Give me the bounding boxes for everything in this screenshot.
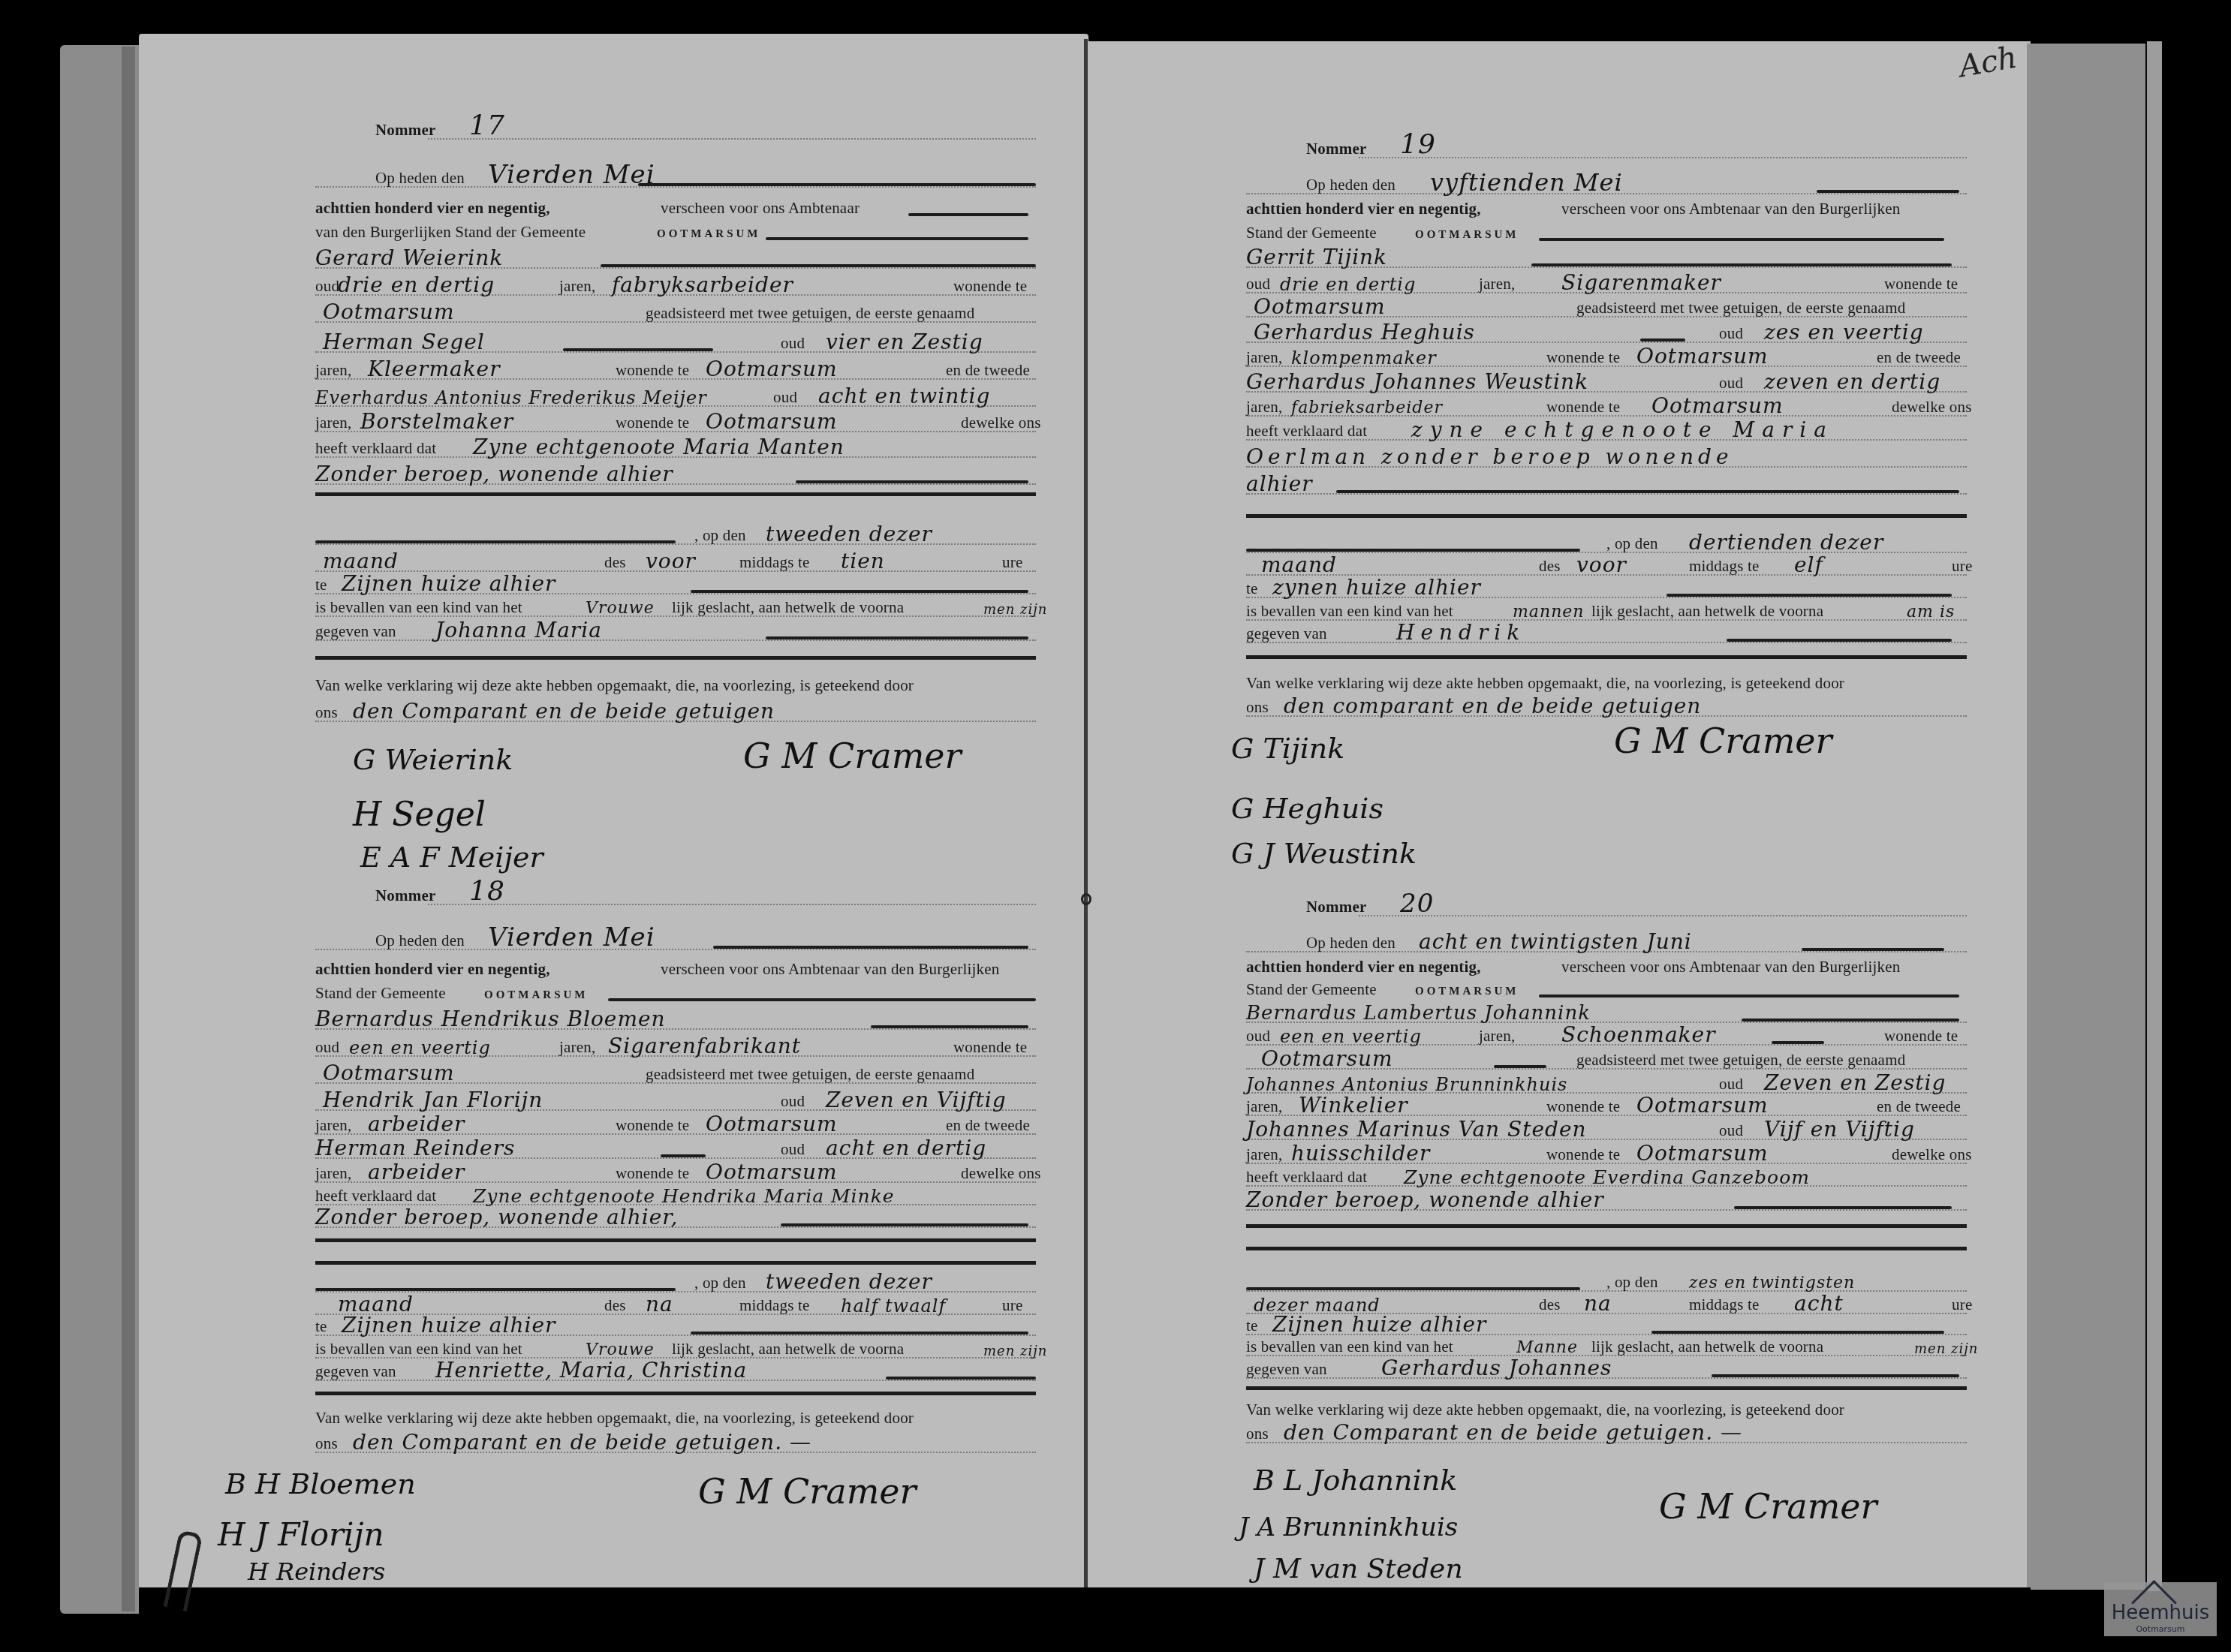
witness2-residence: Ootmarsum: [706, 411, 838, 432]
witness1-name: Johannes Antonius Brunninkhuis: [1246, 1076, 1567, 1094]
ure-label: ure: [1002, 555, 1022, 570]
record-17: Nommer 17 Op heden den Vierden Mei achtt…: [315, 120, 1036, 796]
statement-line-2: Zonder beroep, wonende alhier: [1246, 1190, 1604, 1211]
binding-thread-knot: [1081, 893, 1091, 905]
municipality: OOTMARSUM: [484, 990, 589, 1001]
birth-hour: acht: [1794, 1293, 1844, 1314]
signed-by: den Comparant en de beide getuigen. —: [1284, 1422, 1742, 1443]
child-sex: Vrouwe: [586, 600, 655, 617]
heeft-verklaard-label: heeft verklaard dat: [1246, 1169, 1367, 1185]
ons-label: ons: [1246, 700, 1269, 715]
nummer-label: Nommer: [1306, 141, 1367, 157]
wonende-label: wonende te: [953, 278, 1027, 294]
dewelke-label: dewelke ons: [1892, 399, 1972, 415]
declarant-age: een en veertig: [1280, 1028, 1422, 1046]
op-heden-label: Op heden den: [1306, 935, 1396, 951]
child-name: Hendrik: [1396, 622, 1525, 643]
record-date: Vierden Mei: [488, 925, 655, 950]
birth-day: dertienden dezer: [1689, 532, 1883, 553]
declarant-occupation: Sigarenmaker: [1561, 272, 1721, 293]
watermark-sub: Ootmarsum: [2104, 1624, 2217, 1634]
signature-witness2: G J Weustink: [1231, 837, 1417, 870]
jaren-label: jaren,: [315, 1118, 351, 1133]
oud-label: oud: [1246, 276, 1270, 292]
birth-hour: tien: [841, 551, 885, 572]
wonende-label: wonende te: [953, 1040, 1027, 1055]
heeft-verklaard-label: heeft verklaard dat: [1246, 423, 1367, 439]
verscheen-label: verscheen voor ons Ambtenaar: [661, 200, 860, 216]
verscheen-label: verscheen voor ons Ambtenaar van den Bur…: [1561, 201, 1900, 217]
record-19: Nommer 19 Op heden den vyftienden Mei ac…: [1246, 139, 1967, 814]
oud-label: oud: [1719, 1076, 1743, 1092]
book-edge-right: [2147, 41, 2162, 1591]
ure-label: ure: [1002, 1298, 1022, 1313]
op-den-label: , op den: [694, 1275, 746, 1291]
statement-line-1: Zyne echtgenoote Maria Manten: [473, 437, 845, 458]
verscheen-label: verscheen voor ons Ambtenaar van den Bur…: [661, 961, 999, 977]
van-den-label: van den Burgerlijken Stand der Gemeente: [315, 224, 586, 240]
witness1-name: Hendrik Jan Florijn: [323, 1090, 543, 1111]
op-heden-label: Op heden den: [375, 170, 465, 186]
birth-hour: half twaalf: [841, 1297, 946, 1315]
op-den-label: , op den: [694, 528, 746, 543]
declarant-occupation: fabryksarbeider: [612, 275, 793, 296]
stand-der-label: Stand der Gemeente: [1246, 982, 1377, 998]
witness2-age: acht en dertig: [826, 1138, 986, 1159]
te-label: te: [315, 1319, 327, 1335]
oud-label: oud: [781, 336, 805, 351]
oud-label: oud: [781, 1094, 805, 1109]
oud-label: oud: [1246, 1028, 1270, 1044]
gegeven-van-label: gegeven van: [315, 1364, 396, 1380]
record-date: Vierden Mei: [488, 162, 655, 188]
des-label: des: [604, 1298, 626, 1313]
declarant-name: Bernardus Hendrikus Bloemen: [315, 1009, 666, 1030]
statement-line-1: zyne echtgenoote Maria: [1411, 420, 1834, 441]
voor-na: na: [1584, 1293, 1612, 1314]
wonende-label: wonende te: [616, 1166, 689, 1181]
declarant-residence: Ootmarsum: [323, 302, 455, 323]
geadsisteerd-label: geadsisteerd met twee getuigen, de eerst…: [1576, 300, 1905, 316]
wonende-label: wonende te: [1546, 399, 1620, 415]
closing-text: Van welke verklaring wij deze akte hebbe…: [315, 1410, 914, 1426]
statement-line-2: Oerlman zonder beroep wonende: [1246, 447, 1733, 468]
signature-official: G M Cramer: [743, 736, 962, 776]
divider: [1246, 1224, 1967, 1228]
signed-by: den Comparant en de beide getuigen: [353, 701, 775, 722]
witness2-occupation: fabrieksarbeider: [1291, 400, 1443, 417]
closing-text: Van welke verklaring wij deze akte hebbe…: [315, 678, 914, 694]
birth-day: zes en twintigsten: [1689, 1275, 1855, 1292]
wonende-label: wonende te: [616, 415, 689, 431]
is-bevallen-label: is bevallen van een kind van het: [1246, 1339, 1453, 1355]
witness2-age: acht en twintig: [818, 386, 990, 407]
lijk-geslacht-label: lijk geslacht, aan hetwelk de voorna: [672, 600, 904, 615]
nummer-label: Nommer: [375, 888, 436, 904]
en-de-tweede-label: en de tweede: [946, 363, 1030, 378]
watermark-logo: Heemhuis Ootmarsum: [2104, 1582, 2217, 1636]
bottom-shadow: [139, 1587, 2031, 1652]
signature-official: G M Cramer: [1659, 1486, 1877, 1527]
witness2-name: Gerhardus Johannes Weustink: [1246, 372, 1588, 393]
record-20: Nommer 20 Op heden den acht en twintigst…: [1246, 897, 1967, 1512]
municipality: OOTMARSUM: [1415, 230, 1519, 241]
declarant-age: drie en dertig: [1280, 275, 1416, 293]
signature-declarant: G Weierink: [353, 743, 513, 776]
op-heden-label: Op heden den: [1306, 177, 1396, 193]
record-18: Nommer 18 Op heden den Vierden Mei achtt…: [315, 886, 1036, 1501]
jaren-label: jaren,: [315, 1166, 351, 1181]
birth-month: maand: [1261, 555, 1337, 576]
record-number: 17: [469, 113, 505, 140]
oud-label: oud: [1719, 1123, 1743, 1139]
stand-der-label: Stand der Gemeente: [1246, 225, 1377, 241]
child-name: Gerhardus Johannes: [1381, 1358, 1612, 1379]
signature-declarant: B L Johannink: [1254, 1464, 1457, 1497]
witness1-occupation: klompenmaker: [1291, 349, 1437, 367]
witness2-age: Vijf en Vijftig: [1764, 1119, 1915, 1140]
voor-na: voor: [1576, 555, 1627, 576]
voor-na: na: [646, 1294, 673, 1315]
statement-line-3: alhier: [1246, 474, 1313, 495]
witness1-age: zes en veertig: [1764, 322, 1924, 343]
witness1-occupation: arbeider: [368, 1114, 465, 1135]
divider: [315, 492, 1036, 496]
closing-text: Van welke verklaring wij deze akte hebbe…: [1246, 1402, 1844, 1418]
signature-witness1: H Segel: [353, 796, 486, 834]
voornamen-suffix: am is: [1907, 604, 1955, 621]
en-de-tweede-label: en de tweede: [946, 1118, 1030, 1133]
signed-by: den comparant en de beide getuigen: [1284, 696, 1701, 717]
middags-label: middags te: [1689, 1297, 1760, 1313]
witness1-name: Herman Segel: [323, 332, 485, 353]
statement-line-1: Zyne echtgenoote Hendrika Maria Minke: [473, 1187, 895, 1205]
jaren-label: jaren,: [315, 363, 351, 378]
birth-place: zynen huize alhier: [1272, 577, 1481, 598]
heeft-verklaard-label: heeft verklaard dat: [315, 441, 436, 456]
witness2-name: Herman Reinders: [315, 1138, 515, 1159]
ons-label: ons: [315, 705, 338, 721]
oud-label: oud: [315, 278, 339, 294]
op-den-label: , op den: [1606, 536, 1658, 552]
des-label: des: [1539, 558, 1561, 574]
signature-witness2: H Reinders: [248, 1557, 385, 1586]
signature-witness1: J A Brunninkhuis: [1239, 1512, 1458, 1542]
jaren-label: jaren,: [559, 1040, 595, 1055]
book-spine: [1084, 39, 1088, 1608]
dewelke-label: dewelke ons: [1892, 1147, 1972, 1163]
year-text: achttien honderd vier en negentig,: [315, 961, 550, 977]
declarant-residence: Ootmarsum: [1254, 296, 1386, 317]
wonende-label: wonende te: [616, 363, 689, 378]
dewelke-label: dewelke ons: [961, 415, 1041, 431]
ons-label: ons: [1246, 1426, 1269, 1442]
witness1-residence: Ootmarsum: [1636, 346, 1769, 367]
statement-line-2: Zonder beroep, wonende alhier: [315, 464, 673, 485]
geadsisteerd-label: geadsisteerd met twee getuigen, de eerst…: [1576, 1052, 1905, 1068]
divider: [315, 1261, 1036, 1265]
witness2-name: Everhardus Antonius Frederikus Meijer: [315, 389, 707, 407]
witness2-residence: Ootmarsum: [1636, 1143, 1769, 1164]
geadsisteerd-label: geadsisteerd met twee getuigen, de eerst…: [646, 305, 974, 321]
heeft-verklaard-label: heeft verklaard dat: [315, 1188, 436, 1204]
witness1-residence: Ootmarsum: [706, 359, 838, 380]
te-label: te: [1246, 581, 1258, 597]
birth-place: Zijnen huize alhier: [342, 1315, 555, 1336]
en-de-tweede-label: en de tweede: [1877, 350, 1961, 366]
witness1-name: Gerhardus Heghuis: [1254, 322, 1475, 343]
divider: [315, 1392, 1036, 1395]
declarant-age: drie en dertig: [338, 275, 495, 296]
birth-day: tweeden dezer: [766, 524, 932, 545]
op-den-label: , op den: [1606, 1274, 1658, 1290]
year-text: achttien honderd vier en negentig,: [315, 200, 550, 216]
municipality: OOTMARSUM: [1415, 986, 1519, 998]
signature-witness1: G Heghuis: [1231, 792, 1383, 825]
witness2-age: zeven en dertig: [1764, 372, 1940, 393]
child-sex: mannen: [1513, 604, 1585, 621]
jaren-label: jaren,: [1479, 276, 1515, 292]
declarant-name: Gerard Weierink: [315, 248, 503, 269]
year-text: achttien honderd vier en negentig,: [1246, 959, 1481, 975]
signature-declarant: G Tijink: [1231, 732, 1344, 765]
des-label: des: [1539, 1297, 1561, 1313]
birth-place: Zijnen huize alhier: [342, 573, 555, 594]
witness1-occupation: Winkelier: [1299, 1095, 1408, 1116]
record-date: acht en twintigsten Juni: [1419, 931, 1692, 952]
child-sex: Vrouwe: [586, 1342, 655, 1359]
child-sex: Manne: [1516, 1340, 1578, 1356]
voornamen-suffix: men zijn: [983, 1345, 1047, 1359]
geadsisteerd-label: geadsisteerd met twee getuigen, de eerst…: [646, 1067, 974, 1082]
nummer-label: Nommer: [375, 122, 436, 138]
statement-line-1: Zyne echtgenoote Everdina Ganzeboom: [1404, 1168, 1810, 1187]
oud-label: oud: [1719, 375, 1743, 391]
witness2-residence: Ootmarsum: [1651, 396, 1784, 417]
witness1-age: Zeven en Zestig: [1764, 1073, 1946, 1094]
birth-hour: elf: [1794, 555, 1823, 576]
declarant-name: Bernardus Lambertus Johannink: [1246, 1004, 1591, 1023]
divider: [315, 656, 1036, 660]
oud-label: oud: [315, 1040, 339, 1055]
oud-label: oud: [773, 390, 797, 405]
witness2-occupation: huisschilder: [1291, 1143, 1430, 1164]
declarant-age: een en veertig: [349, 1039, 491, 1057]
lijk-geslacht-label: lijk geslacht, aan hetwelk de voorna: [1591, 603, 1823, 619]
divider: [1246, 655, 1967, 659]
lijk-geslacht-label: lijk geslacht, aan hetwelk de voorna: [1591, 1339, 1823, 1355]
middags-label: middags te: [1689, 558, 1760, 574]
ure-label: ure: [1952, 1297, 1972, 1313]
book-cover-right: [2027, 44, 2147, 1590]
birth-month: maand: [323, 551, 399, 572]
wonende-label: wonende te: [1546, 1099, 1620, 1115]
wonende-label: wonende te: [1546, 350, 1620, 366]
birth-day: tweeden dezer: [766, 1271, 932, 1292]
year-text: achttien honderd vier en negentig,: [1246, 201, 1481, 217]
verscheen-label: verscheen voor ons Ambtenaar van den Bur…: [1561, 959, 1900, 975]
te-label: te: [1246, 1318, 1258, 1334]
witness2-occupation: Borstelmaker: [360, 411, 513, 432]
gegeven-van-label: gegeven van: [315, 624, 396, 639]
record-number-row: Nommer 17: [315, 120, 1036, 143]
dewelke-label: dewelke ons: [961, 1166, 1041, 1181]
oud-label: oud: [1719, 326, 1743, 342]
divider: [315, 1238, 1036, 1242]
signature-witness1: H J Florijn: [218, 1516, 384, 1553]
witness2-name: Johannes Marinus Van Steden: [1246, 1119, 1587, 1140]
watermark-name: Heemhuis: [2104, 1602, 2217, 1624]
declarant-occupation: Schoenmaker: [1561, 1025, 1716, 1046]
middags-label: middags te: [739, 1298, 810, 1313]
jaren-label: jaren,: [315, 415, 351, 431]
voor-na: voor: [646, 551, 696, 572]
witness2-occupation: arbeider: [368, 1162, 465, 1183]
witness1-residence: Ootmarsum: [1636, 1095, 1769, 1116]
closing-text: Van welke verklaring wij deze akte hebbe…: [1246, 676, 1844, 691]
statement-line-2: Zonder beroep, wonende alhier,: [315, 1207, 678, 1228]
signed-by: den Comparant en de beide getuigen. —: [353, 1432, 811, 1453]
record-date: vyftienden Mei: [1430, 170, 1623, 194]
record-number: 19: [1400, 131, 1436, 158]
des-label: des: [604, 555, 626, 570]
voornamen-suffix: men zijn: [983, 603, 1047, 617]
municipality: OOTMARSUM: [657, 229, 761, 240]
record-number: 18: [469, 878, 505, 905]
book-binding-left: [122, 47, 135, 1611]
wonende-label: wonende te: [1884, 1028, 1958, 1044]
divider: [1246, 514, 1967, 518]
signature-official: G M Cramer: [698, 1471, 917, 1512]
lijk-geslacht-label: lijk geslacht, aan hetwelk de voorna: [672, 1341, 904, 1357]
wonende-label: wonende te: [1546, 1147, 1620, 1163]
birth-month: maand: [338, 1294, 414, 1315]
jaren-label: jaren,: [1479, 1028, 1515, 1044]
stand-der-label: Stand der Gemeente: [315, 985, 446, 1001]
oud-label: oud: [781, 1142, 805, 1157]
child-name: Henriette, Maria, Christina: [435, 1360, 747, 1381]
nummer-label: Nommer: [1306, 899, 1367, 915]
divider: [1246, 1386, 1967, 1390]
declarant-name: Gerrit Tijink: [1246, 247, 1387, 268]
voornamen-suffix: men zijn: [1914, 1343, 1978, 1356]
wonende-label: wonende te: [616, 1118, 689, 1133]
witness2-residence: Ootmarsum: [706, 1162, 838, 1183]
signature-witness2: J M van Steden: [1254, 1554, 1463, 1584]
gegeven-van-label: gegeven van: [1246, 626, 1327, 642]
is-bevallen-label: is bevallen van een kind van het: [315, 1341, 522, 1357]
jaren-label: jaren,: [1246, 1099, 1282, 1115]
declarant-residence: Ootmarsum: [1261, 1049, 1393, 1070]
wonende-label: wonende te: [1884, 276, 1958, 292]
signature-declarant: B H Bloemen: [225, 1467, 416, 1500]
witness1-age: Zeven en Vijftig: [826, 1090, 1007, 1111]
te-label: te: [315, 577, 327, 593]
ons-label: ons: [315, 1436, 338, 1452]
ure-label: ure: [1952, 558, 1972, 574]
signature-witness2: E A F Meijer: [360, 841, 543, 874]
witness1-occupation: Kleermaker: [368, 359, 501, 380]
declarant-residence: Ootmarsum: [323, 1063, 455, 1084]
op-heden-label: Op heden den: [375, 933, 465, 949]
jaren-label: jaren,: [1246, 399, 1282, 415]
birth-place: Zijnen huize alhier: [1272, 1314, 1486, 1335]
record-number: 20: [1400, 891, 1434, 916]
en-de-tweede-label: en de tweede: [1877, 1099, 1961, 1115]
declarant-occupation: Sigarenfabrikant: [608, 1036, 801, 1057]
signature-official: G M Cramer: [1614, 721, 1832, 761]
witness1-residence: Ootmarsum: [706, 1114, 838, 1135]
is-bevallen-label: is bevallen van een kind van het: [1246, 603, 1453, 619]
jaren-label: jaren,: [1246, 1147, 1282, 1163]
divider: [1246, 1247, 1967, 1250]
witness1-age: vier en Zestig: [826, 332, 983, 353]
jaren-label: jaren,: [559, 278, 595, 294]
is-bevallen-label: is bevallen van een kind van het: [315, 600, 522, 615]
jaren-label: jaren,: [1246, 350, 1282, 366]
gegeven-van-label: gegeven van: [1246, 1362, 1327, 1377]
middags-label: middags te: [739, 555, 810, 570]
child-name: Johanna Maria: [435, 620, 602, 641]
